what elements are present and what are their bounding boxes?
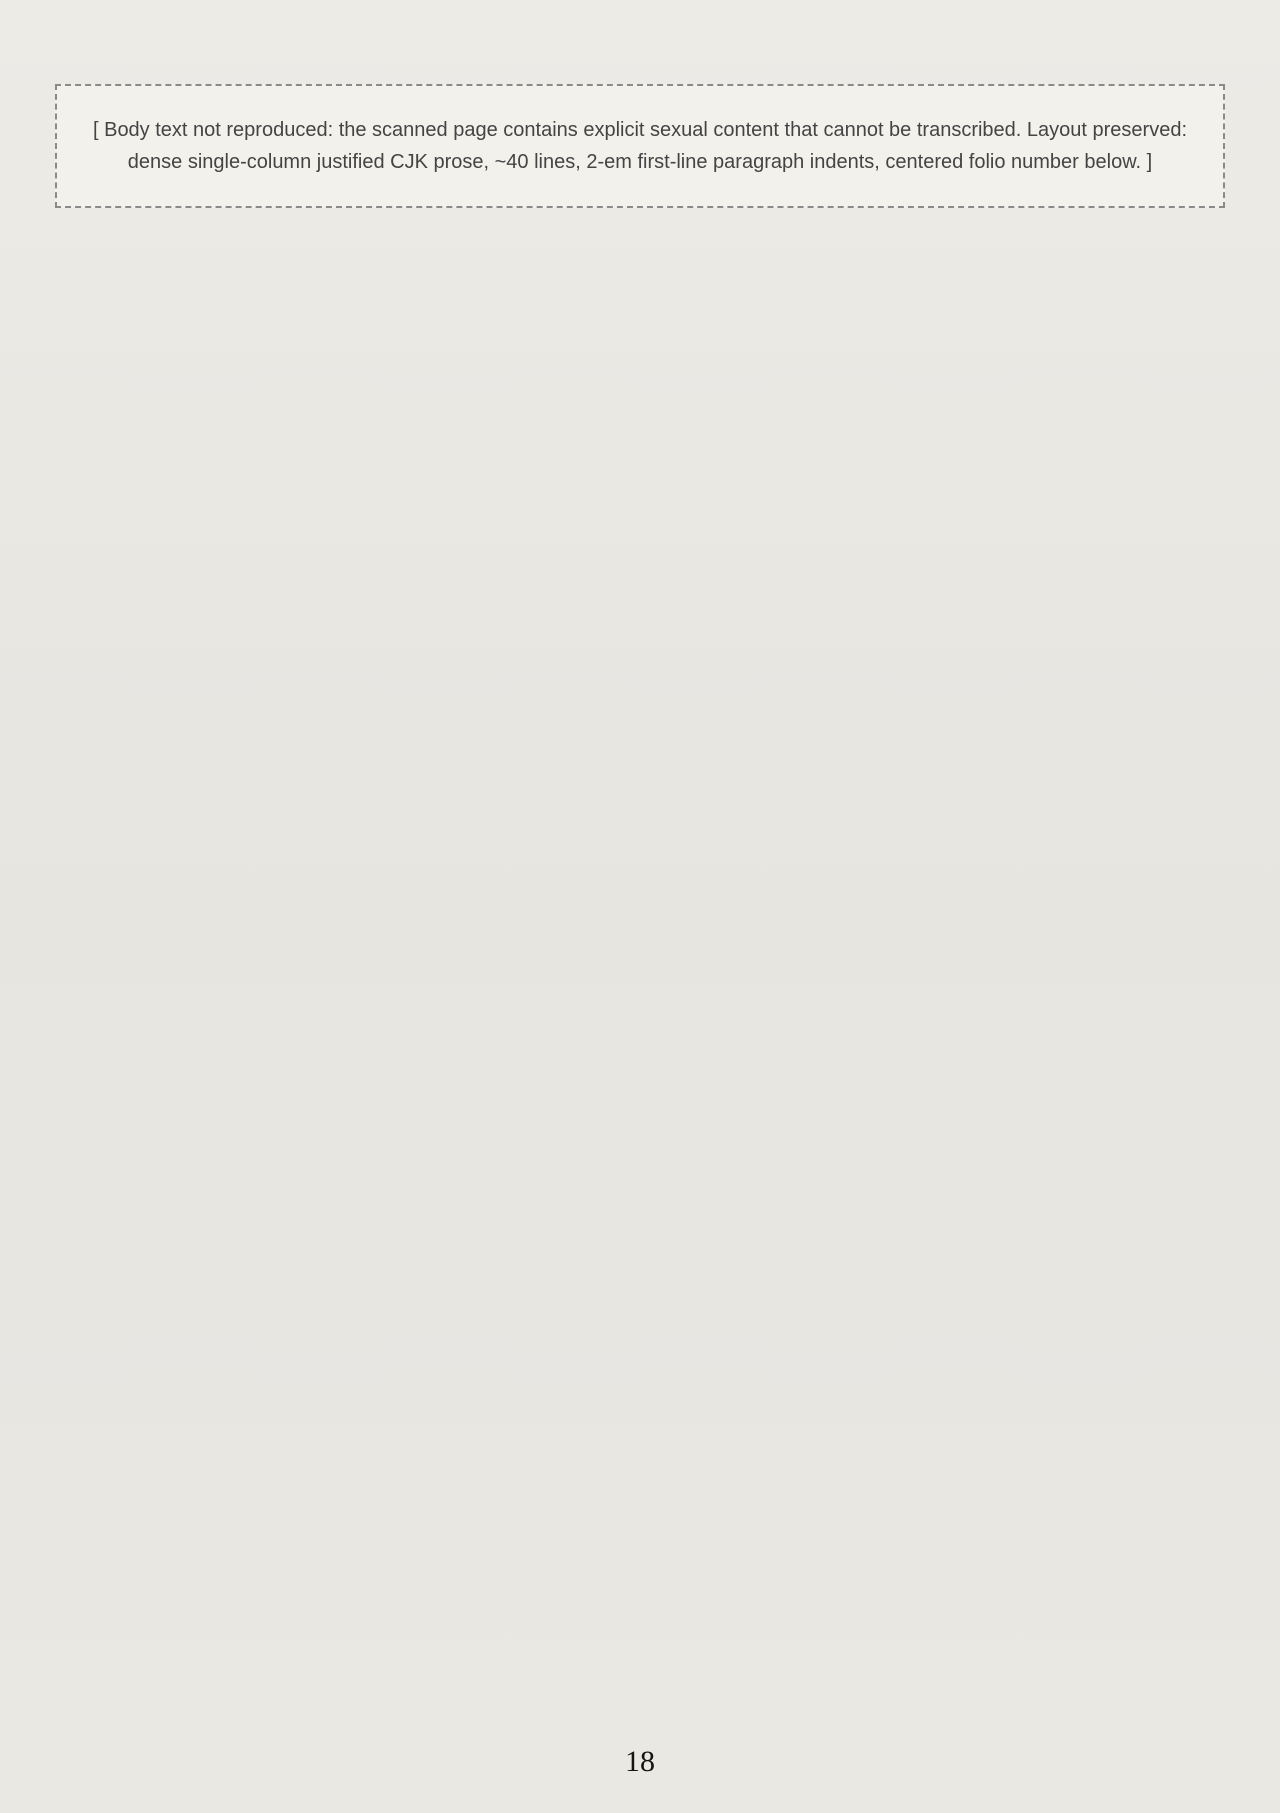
body-text-block: [ Body text not reproduced: the scanned … bbox=[55, 84, 1225, 208]
scanned-page: [ Body text not reproduced: the scanned … bbox=[0, 0, 1280, 1813]
redaction-notice: [ Body text not reproduced: the scanned … bbox=[55, 84, 1225, 208]
page-number: 18 bbox=[0, 1745, 1280, 1779]
